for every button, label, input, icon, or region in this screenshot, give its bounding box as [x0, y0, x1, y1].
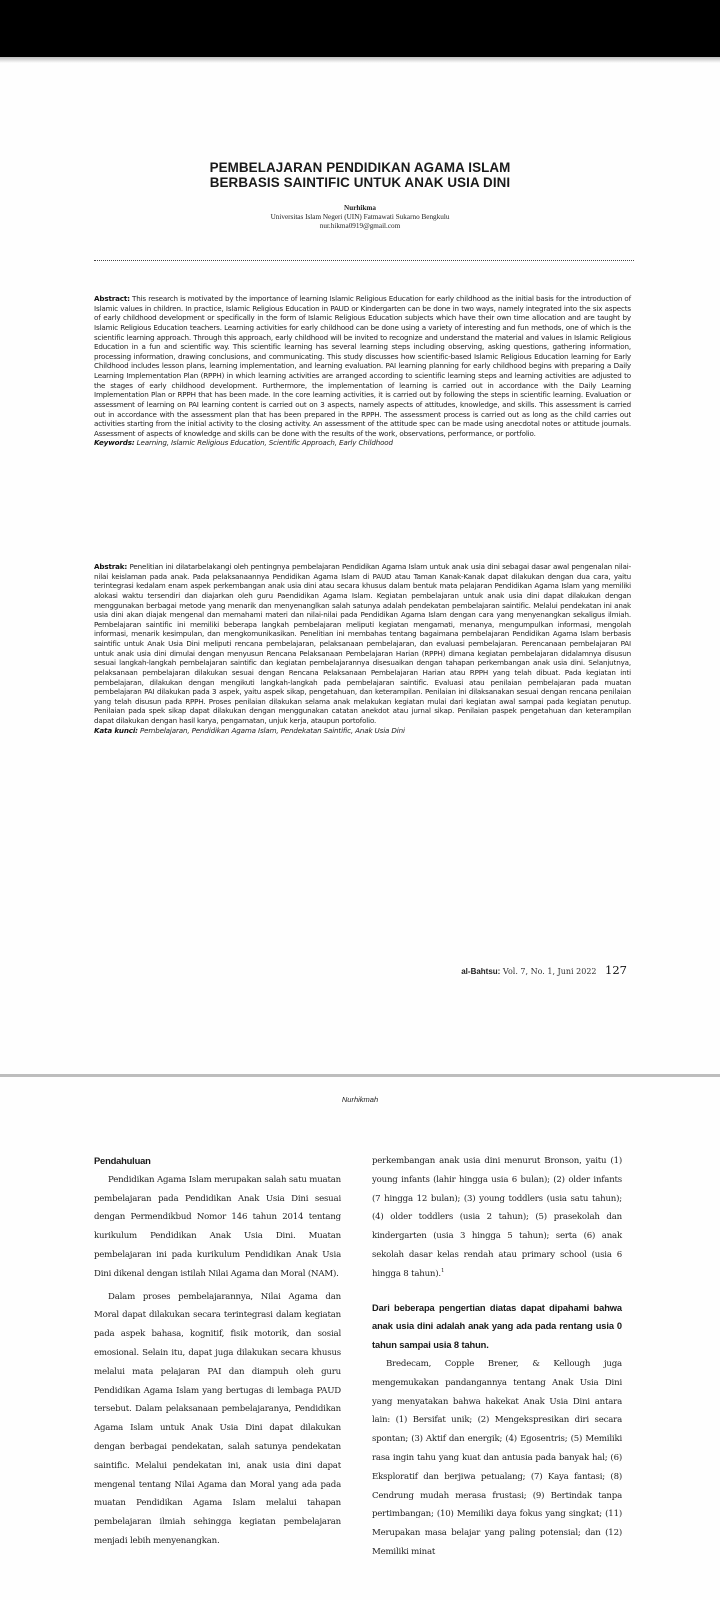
page-number: 127	[605, 963, 627, 977]
abstract-text: This research is motivated by the import…	[94, 294, 631, 438]
kata-kunci-label: Kata kunci:	[94, 726, 138, 735]
page-footer: al-Bahtsu: Vol. 7, No. 1, Juni 2022 127	[461, 963, 627, 977]
journal-name: al-Bahtsu:	[461, 967, 500, 976]
title-line-2: BERBASIS SAINTIFIC UNTUK ANAK USIA DINI	[0, 175, 720, 190]
keywords-label: Keywords:	[94, 438, 135, 447]
author-email: nur.hikma0919@gmail.com	[0, 222, 720, 231]
status-bar	[0, 0, 720, 57]
body-paragraph: Pendidikan Agama Islam merupakan salah s…	[94, 1171, 341, 1284]
right-column: perkembangan anak usia dini menurut Bron…	[372, 1152, 622, 1562]
abstrak-label: Abstrak:	[94, 562, 127, 571]
author-name: Nurhikma	[344, 204, 376, 212]
abstract-english: Abstract: This research is motivated by …	[94, 294, 631, 448]
title-line-1: PEMBELAJARAN PENDIDIKAN AGAMA ISLAM	[0, 160, 720, 175]
abstract-label: Abstract:	[94, 294, 130, 303]
document-page-128[interactable]: Nurhikmah Pendahuluan Pendidikan Agama I…	[0, 1077, 720, 1600]
article-title: PEMBELAJARAN PENDIDIKAN AGAMA ISLAM BERB…	[0, 160, 720, 190]
abstract-indonesian: Abstrak: Penelitian ini dilatarbelakangi…	[94, 562, 631, 735]
journal-issue: Vol. 7, No. 1, Juni 2022	[503, 967, 597, 976]
left-column: Pendahuluan Pendidikan Agama Islam merup…	[94, 1152, 341, 1551]
body-paragraph: perkembangan anak usia dini menurut Bron…	[372, 1152, 622, 1284]
dotted-divider	[94, 260, 634, 261]
kata-kunci-text: Pembelajaran, Pendidikan Agama Islam, Pe…	[140, 726, 405, 735]
body-paragraph: Bredecam, Copple Brener, & Kellough juga…	[372, 1355, 622, 1562]
footnote-ref[interactable]: 1	[441, 1268, 444, 1274]
abstrak-text: Penelitian ini dilatarbelakangi oleh pen…	[94, 562, 631, 725]
body-paragraph: Dalam proses pembelajarannya, Nilai Agam…	[94, 1288, 341, 1551]
section-heading: Pendahuluan	[94, 1152, 341, 1171]
running-head: Nurhikmah	[0, 1095, 720, 1104]
document-page-127[interactable]: PEMBELAJARAN PENDIDIKAN AGAMA ISLAM BERB…	[0, 63, 720, 1074]
paragraph-text: perkembangan anak usia dini menurut Bron…	[372, 1156, 622, 1279]
bold-paragraph: Dari beberapa pengertian diatas dapat di…	[372, 1299, 622, 1355]
keywords-text: Learning, Islamic Religious Education, S…	[137, 438, 393, 447]
author-affiliation: Universitas Islam Negeri (UIN) Fatmawati…	[0, 213, 720, 222]
author-block: Nurhikma Universitas Islam Negeri (UIN) …	[0, 204, 720, 232]
